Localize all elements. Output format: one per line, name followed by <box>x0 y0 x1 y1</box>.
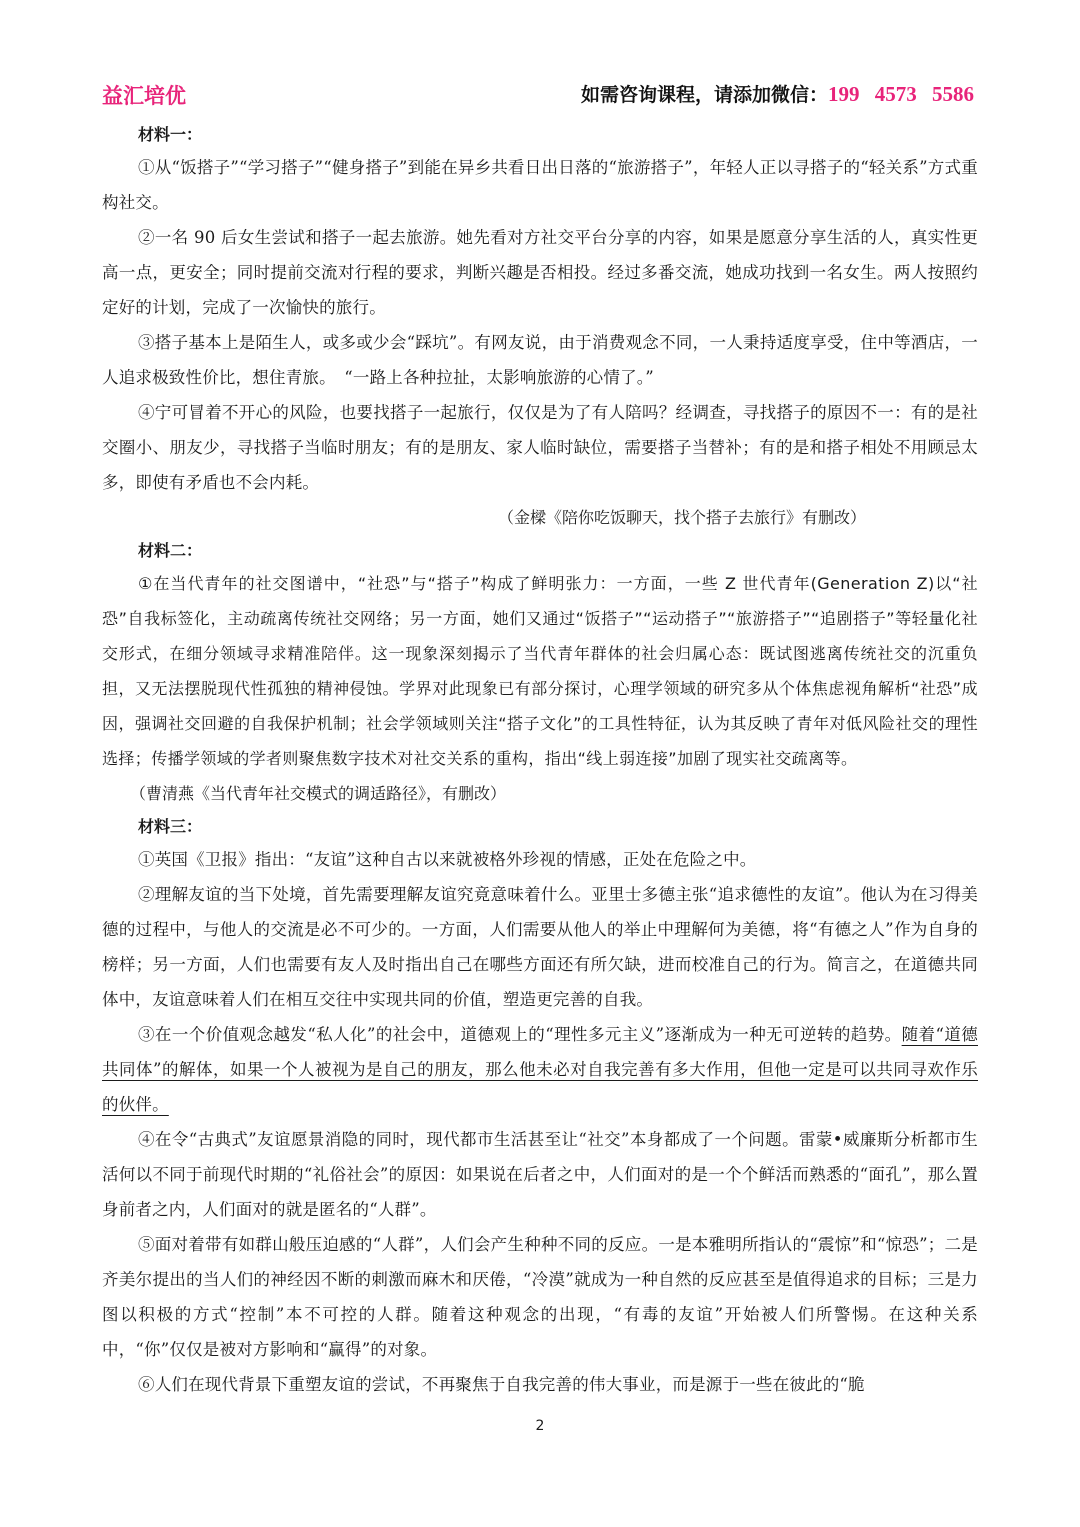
material-2-source: （曹清燕《当代青年社交模式的调适路径》，有删改） <box>102 776 978 812</box>
material-2: 材料二： ①在当代青年的社交图谱中，“社恐”与“搭子”构成了鲜明张力：一方面，一… <box>102 536 978 812</box>
material-1-paragraph-1: ①从“饭搭子”“学习搭子”“健身搭子”到能在异乡共看日出日落的“旅游搭子”，年轻… <box>102 150 978 220</box>
material-2-title: 材料二： <box>102 536 978 566</box>
material-1-paragraph-2: ②一名 90 后女生尝试和搭子一起去旅游。她先看对方社交平台分享的内容，如果是愿… <box>102 220 978 325</box>
material-3: 材料三： ①英国《卫报》指出：“友谊”这种自古以来就被格外珍视的情感，正处在危险… <box>102 812 978 1402</box>
material-3-title: 材料三： <box>102 812 978 842</box>
page-header: 益汇培优 如需咨询课程，请添加微信：199 4573 5586 <box>102 80 974 112</box>
material-3-paragraph-5: ⑤面对着带有如群山般压迫感的“人群”，人们会产生种种不同的反应。一是本雅明所指认… <box>102 1227 978 1367</box>
contact-phone: 199 4573 5586 <box>828 82 974 106</box>
material-3-paragraph-6: ⑥人们在现代背景下重塑友谊的尝试，不再聚焦于自我完善的伟大事业，而是源于一些在彼… <box>102 1367 978 1402</box>
brand-logo-text: 益汇培优 <box>102 80 186 110</box>
material-3-paragraph-1: ①英国《卫报》指出：“友谊”这种自古以来就被格外珍视的情感，正处在危险之中。 <box>102 842 978 877</box>
material-1-paragraph-3: ③搭子基本上是陌生人，或多或少会“踩坑”。有网友说，由于消费观念不同，一人秉持适… <box>102 325 978 395</box>
paragraph-3-text: ③在一个价值观念越发“私人化”的社会中，道德观上的“理性多元主义”逐渐成为一种无… <box>138 1025 902 1044</box>
material-1-source: （金樑《陪你吃饭聊天，找个搭子去旅行》有删改） <box>102 500 978 536</box>
material-3-paragraph-2: ②理解友谊的当下处境，首先需要理解友谊究竟意味着什么。亚里士多德主张“追求德性的… <box>102 877 978 1017</box>
material-3-paragraph-4: ④在令“古典式”友谊愿景消隐的同时，现代都市生活甚至让“社交”本身都成了一个问题… <box>102 1122 978 1227</box>
page-number: 2 <box>0 1418 1080 1434</box>
material-1-paragraph-4: ④宁可冒着不开心的风险，也要找搭子一起旅行，仅仅是为了有人陪吗？经调查，寻找搭子… <box>102 395 978 500</box>
document-body: 材料一： ①从“饭搭子”“学习搭子”“健身搭子”到能在异乡共看日出日落的“旅游搭… <box>102 120 978 1402</box>
material-1-title: 材料一： <box>102 120 978 150</box>
material-3-paragraph-3: ③在一个价值观念越发“私人化”的社会中，道德观上的“理性多元主义”逐渐成为一种无… <box>102 1017 978 1122</box>
contact-info: 如需咨询课程，请添加微信：199 4573 5586 <box>581 80 974 107</box>
material-1: 材料一： ①从“饭搭子”“学习搭子”“健身搭子”到能在异乡共看日出日落的“旅游搭… <box>102 120 978 536</box>
contact-label: 如需咨询课程，请添加微信： <box>581 84 828 106</box>
material-2-paragraph-1: ①在当代青年的社交图谱中，“社恐”与“搭子”构成了鲜明张力：一方面，一些 Z 世… <box>102 566 978 776</box>
